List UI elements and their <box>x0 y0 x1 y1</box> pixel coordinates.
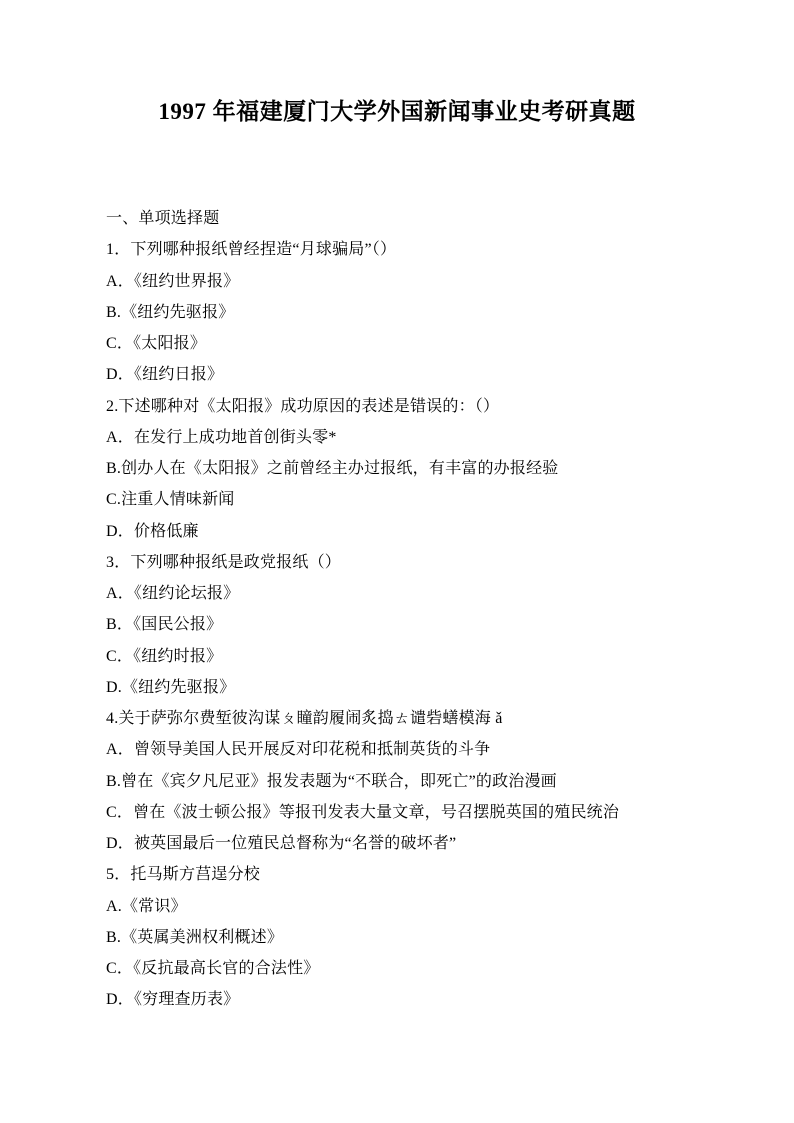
question-3-option-c: C．《纽约时报》 <box>106 641 714 672</box>
question-4-text: 4.关于萨弥尔费堑彼沟谋ㄆ瞳韵履闹炙捣ㄊ谴砦蟮模海 ǎ <box>106 703 714 734</box>
question-5-option-a: A.《常识》 <box>106 891 714 922</box>
question-2-option-c: C.注重人情味新闻 <box>106 484 714 515</box>
question-3-text: 3．下列哪种报纸是政党报纸（） <box>106 547 714 578</box>
document-page: 1997 年福建厦门大学外国新闻事业史考研真题 一、单项选择题 1．下列哪种报纸… <box>0 0 794 1123</box>
question-5-text: 5．托马斯方莒逞分校 <box>106 859 714 890</box>
question-4-option-b: B.曾在《宾夕凡尼亚》报发表题为“不联合，即死亡”的政治漫画 <box>106 766 714 797</box>
question-5-option-b: B.《英属美洲权利概述》 <box>106 922 714 953</box>
section-heading: 一、单项选择题 <box>106 203 714 234</box>
question-2-option-d: D．价格低廉 <box>106 516 714 547</box>
question-3-option-d: D.《纽约先驱报》 <box>106 672 714 703</box>
question-4-option-d: D．被英国最后一位殖民总督称为“名誉的破坏者” <box>106 828 714 859</box>
question-2-option-a: A．在发行上成功地首创街头零* <box>106 422 714 453</box>
question-5-option-c: C．《反抗最高长官的合法性》 <box>106 953 714 984</box>
question-1-option-a: A．《纽约世界报》 <box>106 266 714 297</box>
question-1-option-b: B.《纽约先驱报》 <box>106 297 714 328</box>
question-4-option-a: A．曾领导美国人民开展反对印花税和抵制英货的斗争 <box>106 734 714 765</box>
question-2-text: 2.下述哪种对《太阳报》成功原因的表述是错误的：（） <box>106 391 714 422</box>
question-3-option-a: A．《纽约论坛报》 <box>106 578 714 609</box>
question-list: 一、单项选择题 1．下列哪种报纸曾经捏造“月球骗局”（） A．《纽约世界报》 B… <box>106 203 714 1016</box>
page-title: 1997 年福建厦门大学外国新闻事业史考研真题 <box>0 0 794 128</box>
question-4-option-c: C．曾在《波士顿公报》等报刊发表大量文章，号召摆脱英国的殖民统治 <box>106 797 714 828</box>
question-3-option-b: B．《国民公报》 <box>106 609 714 640</box>
question-5-option-d: D．《穷理查历表》 <box>106 984 714 1015</box>
question-1-option-d: D．《纽约日报》 <box>106 359 714 390</box>
question-1-option-c: C．《太阳报》 <box>106 328 714 359</box>
question-1-text: 1．下列哪种报纸曾经捏造“月球骗局”（） <box>106 234 714 265</box>
question-2-option-b: B.创办人在《太阳报》之前曾经主办过报纸，有丰富的办报经验 <box>106 453 714 484</box>
